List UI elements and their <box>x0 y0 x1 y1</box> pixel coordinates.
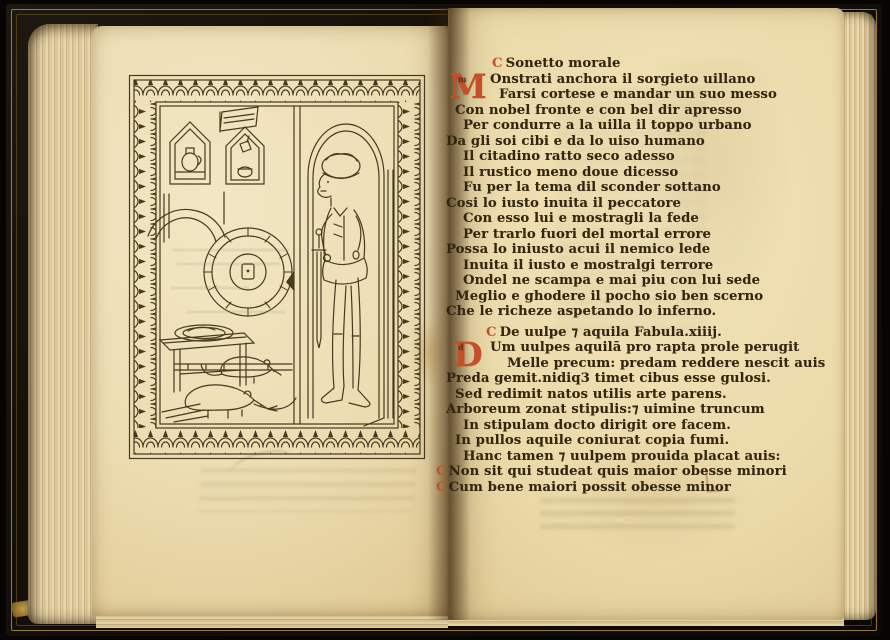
text-line: CCum bene maiori possit obesse minor <box>446 480 782 496</box>
text-line: Inuita il iusto e mostralgi terrore <box>463 258 782 274</box>
fable-opening: dD Um uulpes aquilā pro rapta prole peru… <box>446 340 782 371</box>
text-line: Sed redimit natos utilis arte parens. <box>455 387 782 403</box>
woodcut-illustration <box>128 74 426 460</box>
wall-niche-jug <box>170 122 210 184</box>
text-line: Con nobel fronte e con bel dir apresso <box>455 103 782 119</box>
text-line: Possa lo iniusto acui il nemico lede <box>446 242 782 258</box>
text-line: Um uulpes aquilā pro rapta prole perugit <box>490 340 825 356</box>
text-line: Onstrati anchora il sorgieto uillano <box>490 72 782 88</box>
wine-barrels <box>148 192 294 316</box>
rubric-pilcrow: C <box>436 480 447 496</box>
photo-of-open-book: { "book": { "cover_color": "#141009", "g… <box>0 0 890 640</box>
rubric-pilcrow: C <box>436 464 447 480</box>
fable-section: CDe uulpe ⁊ aquila Fabula.xiiij. dD Um u… <box>446 325 782 496</box>
right-page-text: CSonetto morale mM Onstrati anchora il s… <box>446 56 782 495</box>
fable-heading-label: De uulpe ⁊ aquila Fabula.xiiij. <box>500 325 722 340</box>
text-line: In stipulam docto dirigit ore facem. <box>463 418 782 434</box>
wall-niche-flask <box>226 127 264 184</box>
fence-rails <box>174 364 292 370</box>
text-line: Melle precum: predam reddere nescit auis <box>507 356 825 372</box>
initial-guide-letter: m <box>458 75 466 83</box>
text-line: Meglio e ghodere il pocho sio ben scerno <box>455 289 782 305</box>
text-line: Cosi lo iusto inuita il peccatore <box>446 196 782 212</box>
text-line: Hanc tamen ⁊ uulpem prouida placat auis: <box>463 449 782 465</box>
initial-guide-letter: d <box>458 343 464 351</box>
text-line: In pullos aquile coniurat copia fumi. <box>455 433 782 449</box>
text-line: Fu per la tema dil sconder sottano <box>463 180 782 196</box>
text-line: Con esso lui e mostragli la fede <box>463 211 782 227</box>
text-line: Il rustico meno doue dicesso <box>463 165 782 181</box>
rubric-pilcrow: C <box>492 56 503 71</box>
text-line: Ondel ne scampa e mai piu con lui sede <box>463 273 782 289</box>
rat-lower <box>162 385 296 422</box>
sonnet-initial: mM <box>446 72 490 103</box>
text-line: CNon sit qui studeat quis maior obesse m… <box>446 464 782 480</box>
text-line: Il citadino ratto seco adesso <box>463 149 782 165</box>
banner <box>220 107 258 132</box>
text-line: Arboreum zonat stipulis:⁊ uimine truncum <box>446 402 782 418</box>
ink-offset-ghost <box>540 498 735 534</box>
fore-edge-right <box>842 12 876 620</box>
sonnet-opening: mM Onstrati anchora il sorgieto uillano … <box>446 72 782 103</box>
text-line: Da gli soi cibi e da lo uiso humano <box>446 134 782 150</box>
woodcut-border <box>130 76 425 459</box>
fable-heading: CDe uulpe ⁊ aquila Fabula.xiiij. <box>486 325 782 341</box>
rubric-pilcrow: C <box>486 325 497 340</box>
fore-edge-left <box>28 24 98 624</box>
sonnet-heading-label: Sonetto morale <box>506 56 621 71</box>
fable-initial: dD <box>446 340 490 371</box>
text-line: Che le richeze aspetando lo inferno. <box>446 304 782 320</box>
text-line: Per trarlo fuori del mortal errore <box>463 227 782 243</box>
sonnet-heading: CSonetto morale <box>492 56 782 72</box>
man-figure <box>312 154 370 407</box>
text-line: Preda gemit.nidiq3 timet cibus esse gulo… <box>446 371 782 387</box>
text-line: Per condurre a la uilla il toppo urbano <box>463 118 782 134</box>
text-line: Farsi cortese e mandar un suo messo <box>499 87 782 103</box>
